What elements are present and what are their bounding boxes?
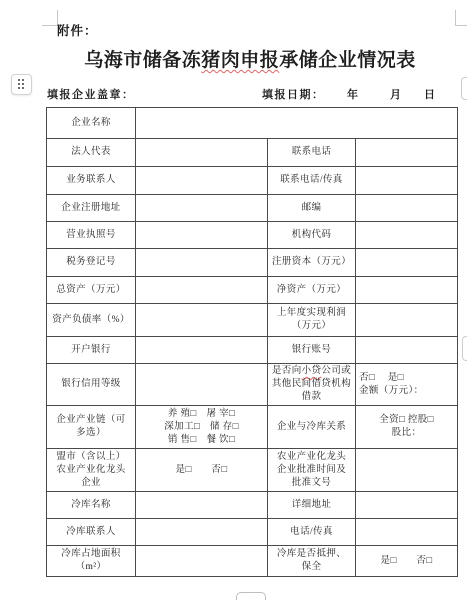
field-value-cell[interactable] <box>136 519 268 546</box>
date-day-label: 日 <box>424 86 437 102</box>
checkbox-options-cell[interactable]: 养 殖□ 屠 宰□ 深加工□ 储 存□ 销 售□ 餐 饮□ <box>136 406 268 449</box>
field-label-cell: 联系电话/传真 <box>268 167 356 195</box>
field-value-cell[interactable] <box>136 139 268 167</box>
table-row: 营业执照号机构代码 <box>47 222 458 249</box>
field-label-cell: 总资产（万元） <box>47 277 136 304</box>
field-value-cell[interactable] <box>136 277 268 304</box>
field-value-cell[interactable] <box>356 222 458 249</box>
table-row: 企业产业链（可 多选）养 殖□ 屠 宰□ 深加工□ 储 存□ 销 售□ 餐 饮□… <box>47 406 458 449</box>
field-value-cell[interactable] <box>356 277 458 304</box>
field-value-cell[interactable] <box>356 167 458 195</box>
field-label-cell: 业务联系人 <box>47 167 136 195</box>
field-value-cell[interactable] <box>356 492 458 519</box>
field-label-cell: 冷库占地面积 （m²） <box>47 546 136 577</box>
title-part: 承储企业情况表 <box>279 50 416 71</box>
label-text: 是否向 <box>272 366 302 376</box>
field-label-cell: 盟市（含以上） 农业产业化龙头 企业 <box>47 449 136 492</box>
checkbox-options-cell[interactable]: 是□ 否□ <box>356 546 458 577</box>
field-label-cell: 冷库联系人 <box>47 519 136 546</box>
field-label-cell: 冷库名称 <box>47 492 136 519</box>
field-value-cell[interactable] <box>356 519 458 546</box>
table-row: 企业注册地址邮编 <box>47 195 458 222</box>
stamp-label: 填报企业盖章： <box>47 86 135 102</box>
field-value-cell[interactable] <box>356 139 458 167</box>
title-part: 乌海市储备冻 <box>84 50 201 71</box>
table-row: 冷库占地面积 （m²）冷库是否抵押、 保全是□ 否□ <box>47 546 458 577</box>
table-row: 业务联系人联系电话/传真 <box>47 167 458 195</box>
field-value-cell[interactable] <box>356 304 458 337</box>
field-label-cell: 联系电话 <box>268 139 356 167</box>
grid-dots-icon <box>18 79 25 90</box>
checkbox-options-cell[interactable]: 是□ 否□ <box>136 449 268 492</box>
date-month-label: 月 <box>390 86 403 102</box>
field-label-cell: 注册资本（万元） <box>268 249 356 277</box>
field-value-cell[interactable] <box>356 337 458 364</box>
field-label-cell: 是否向小贷公司或其他民间借贷机构借款 <box>268 364 356 406</box>
drag-handle-button[interactable] <box>11 74 32 95</box>
field-value-cell[interactable] <box>356 449 458 492</box>
form-table-body: 企业名称法人代表联系电话业务联系人联系电话/传真企业注册地址邮编营业执照号机构代… <box>47 108 458 577</box>
table-row: 税务登记号注册资本（万元） <box>47 249 458 277</box>
field-label-cell: 农业产业化龙头 企业批准时间及 批准文号 <box>268 449 356 492</box>
checkbox-options-cell[interactable]: 全资□ 控股□ 股比： <box>356 406 458 449</box>
field-label-cell: 企业与冷库关系 <box>268 406 356 449</box>
table-row: 盟市（含以上） 农业产业化龙头 企业是□ 否□农业产业化龙头 企业批准时间及 批… <box>47 449 458 492</box>
date-label: 填报日期： <box>262 86 325 102</box>
table-row: 资产负债率（%）上年度实现利润 （万元） <box>47 304 458 337</box>
table-row: 开户银行银行账号 <box>47 337 458 364</box>
table-row: 冷库联系人电话/传真 <box>47 519 458 546</box>
field-value-cell[interactable] <box>136 249 268 277</box>
margin-corner-mark-right <box>455 10 467 26</box>
field-label-cell: 法人代表 <box>47 139 136 167</box>
table-row: 法人代表联系电话 <box>47 139 458 167</box>
partial-edge-button-bottom[interactable] <box>236 592 266 600</box>
field-value-cell[interactable] <box>136 222 268 249</box>
field-value-cell[interactable] <box>356 249 458 277</box>
margin-corner-mark-left <box>42 10 58 26</box>
table-row: 总资产（万元）净资产（万元） <box>47 277 458 304</box>
field-value-cell[interactable] <box>136 492 268 519</box>
partial-edge-button-middle[interactable] <box>462 336 467 361</box>
field-value-cell[interactable] <box>136 337 268 364</box>
field-label-cell: 企业注册地址 <box>47 195 136 222</box>
field-value-cell[interactable] <box>136 167 268 195</box>
field-value-cell[interactable] <box>136 108 458 139</box>
field-value-cell[interactable] <box>136 304 268 337</box>
field-label-cell: 营业执照号 <box>47 222 136 249</box>
field-label-cell: 银行账号 <box>268 337 356 364</box>
field-value-cell[interactable] <box>136 195 268 222</box>
attachment-label: 附件： <box>57 21 98 39</box>
field-label-cell: 企业名称 <box>47 108 136 139</box>
field-label-cell: 邮编 <box>268 195 356 222</box>
field-value-cell[interactable] <box>356 195 458 222</box>
checkbox-options-cell[interactable]: 否□ 是□ 金额（万元）： <box>356 364 458 406</box>
field-label-cell: 资产负债率（%） <box>47 304 136 337</box>
field-label-cell: 冷库是否抵押、 保全 <box>268 546 356 577</box>
table-row: 企业名称 <box>47 108 458 139</box>
date-year-label: 年 <box>347 86 360 102</box>
field-label-cell: 上年度实现利润 （万元） <box>268 304 356 337</box>
field-label-cell: 机构代码 <box>268 222 356 249</box>
page-title: 乌海市储备冻猪肉申报承储企业情况表 <box>40 45 460 72</box>
field-label-cell: 详细地址 <box>268 492 356 519</box>
field-label-cell: 开户银行 <box>47 337 136 364</box>
document-page: 附件： 乌海市储备冻猪肉申报承储企业情况表 填报企业盖章： 填报日期： 年 月 … <box>0 0 467 600</box>
field-label-cell: 税务登记号 <box>47 249 136 277</box>
spellcheck-underline: 猪肉申报 <box>201 50 279 71</box>
field-label-cell: 净资产（万元） <box>268 277 356 304</box>
field-label-cell: 银行信用等级 <box>47 364 136 406</box>
partial-edge-button-top[interactable] <box>461 77 467 100</box>
field-value-cell[interactable] <box>136 364 268 406</box>
field-value-cell[interactable] <box>136 546 268 577</box>
field-label-cell: 企业产业链（可 多选） <box>47 406 136 449</box>
table-row: 银行信用等级是否向小贷公司或其他民间借贷机构借款否□ 是□ 金额（万元）： <box>47 364 458 406</box>
form-table: 企业名称法人代表联系电话业务联系人联系电话/传真企业注册地址邮编营业执照号机构代… <box>46 107 458 577</box>
table-row: 冷库名称详细地址 <box>47 492 458 519</box>
field-label-cell: 电话/传真 <box>268 519 356 546</box>
spellcheck-underline: 小贷 <box>302 366 322 376</box>
